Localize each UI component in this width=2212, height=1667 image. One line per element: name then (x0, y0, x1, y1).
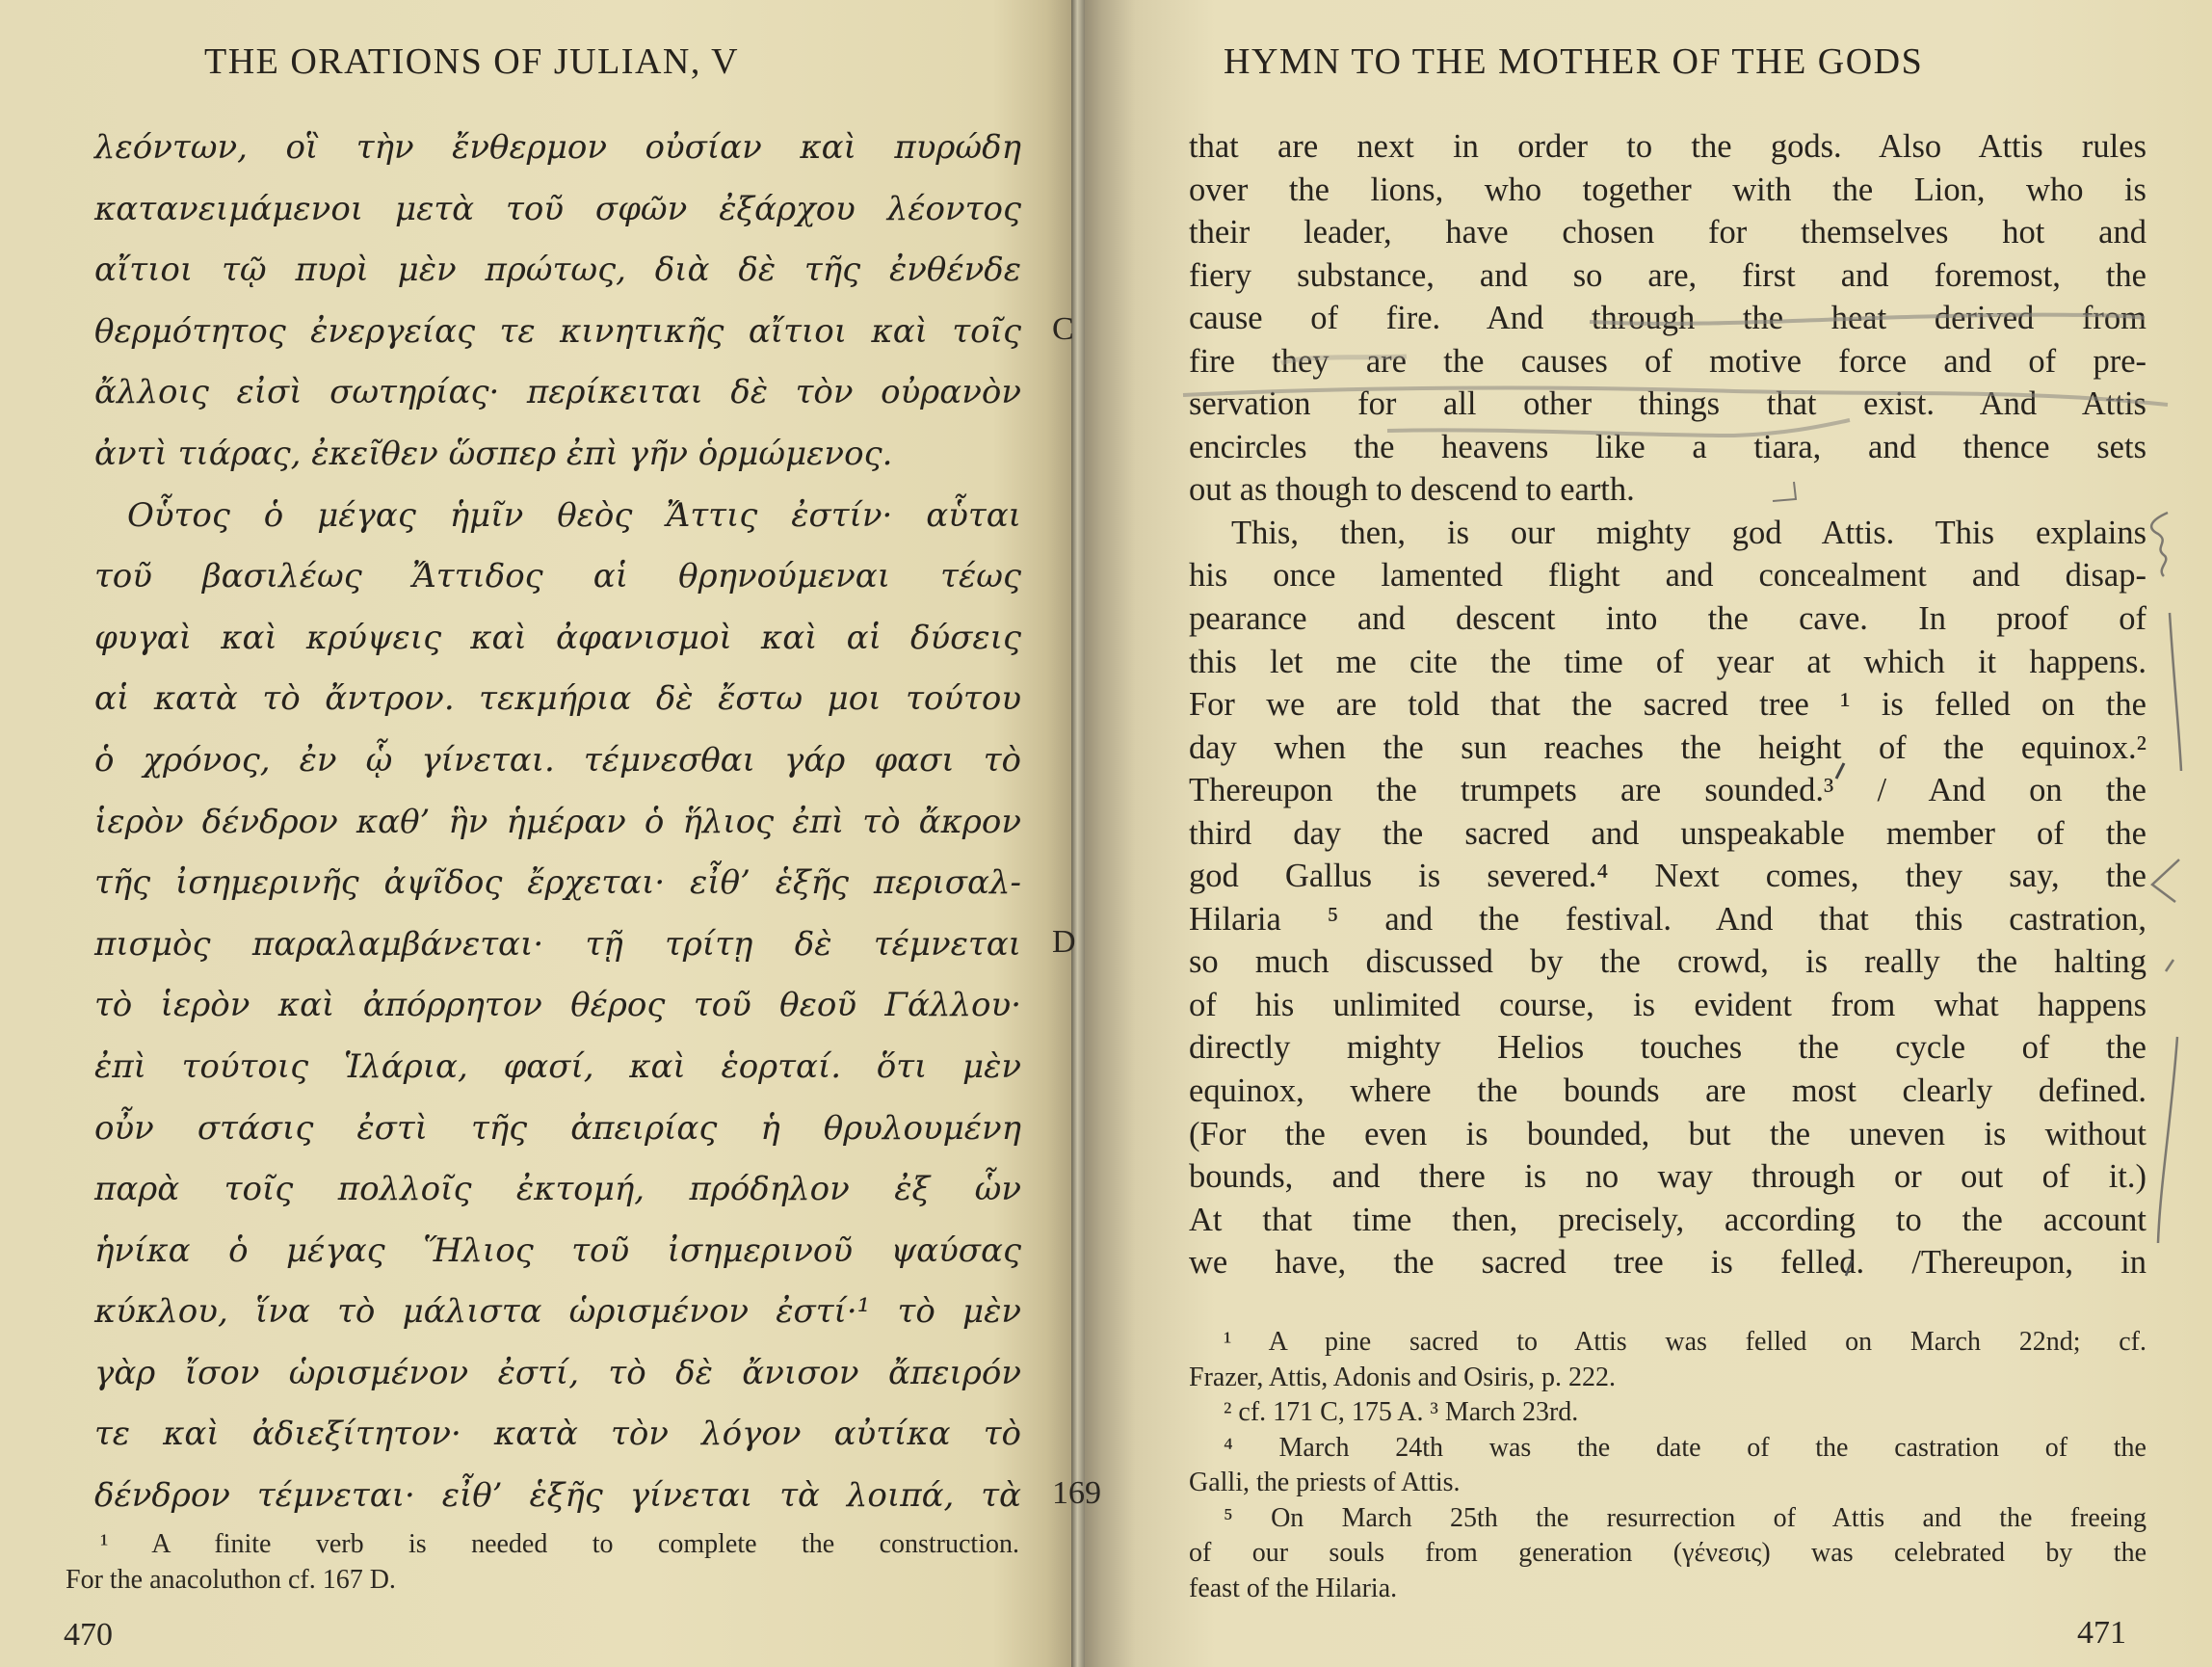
text-line: Hilaria ⁵ and the festival. And that thi… (1189, 898, 2146, 941)
text-line: over the lions, who together with the Li… (1189, 169, 2146, 212)
text-line: out as though to descend to earth. (1189, 468, 2146, 512)
text-line: τε καὶ ἀδιεξίτητον· κατὰ τὸν λόγον αὐτίκ… (94, 1404, 1021, 1466)
text-line: αἱ κατὰ τὸ ἄντρον. τεκμήρια δὲ ἔστω μοι … (94, 669, 1021, 730)
greek-text-body: λεόντων, οἳ τὴν ἔνθερμον οὐσίαν καὶ πυρώ… (94, 118, 1021, 1527)
book-spine-gutter (1071, 0, 1085, 1667)
text-line: παρὰ τοῖς πολλοῖς ἐκτομή, πρόδηλον ἐξ ὧν (94, 1159, 1021, 1221)
text-line: οὖν στάσις ἐστὶ τῆς ἀπειρίας ἡ θρυλουμέν… (94, 1098, 1021, 1160)
text-line: ¹ A finite verb is needed to complete th… (66, 1527, 1019, 1563)
right-page-number: 471 (2077, 1615, 2126, 1652)
text-line: pearance and descent into the cave. In p… (1189, 597, 2146, 641)
text-line: that are next in order to the gods. Also… (1189, 125, 2146, 169)
text-line: their leader, have chosen for themselves… (1189, 211, 2146, 254)
text-line: feast of the Hilaria. (1189, 1572, 2146, 1607)
text-line: so much discussed by the crowd, is reall… (1189, 940, 2146, 984)
text-line: ⁵ On March 25th the resurrection of Atti… (1189, 1501, 2146, 1537)
text-line: third day the sacred and unspeakable mem… (1189, 812, 2146, 856)
text-line: λεόντων, οἳ τὴν ἔνθερμον οὐσίαν καὶ πυρώ… (94, 118, 1021, 179)
text-line: ὁ χρόνος, ἐν ᾧ γίνεται. τέμνεσθαι γάρ φα… (94, 730, 1021, 792)
text-line: directly mighty Helios touches the cycle… (1189, 1026, 2146, 1070)
text-line: of our souls from generation (γένεσις) w… (1189, 1536, 2146, 1572)
text-line: This, then, is our mighty god Attis. Thi… (1189, 512, 2146, 555)
english-translation-body: that are next in order to the gods. Also… (1189, 125, 2146, 1284)
section-marker: D (1052, 924, 1076, 961)
text-line: (For the even is bounded, but the uneven… (1189, 1113, 2146, 1156)
text-line: ἱερὸν δένδρον καθ’ ἣν ἡμέραν ὁ ἥλιος ἐπὶ… (94, 792, 1021, 854)
text-line: κύκλου, ἵνα τὸ μάλιστα ὡρισμένον ἐστί·¹ … (94, 1282, 1021, 1343)
text-line: Οὗτος ὁ μέγας ἡμῖν θεὸς Ἄττις ἐστίν· αὗτ… (94, 486, 1021, 547)
text-line: φυγαὶ καὶ κρύψεις καὶ ἀφανισμοὶ καὶ αἱ δ… (94, 608, 1021, 670)
text-line: this let me cite the time of year at whi… (1189, 641, 2146, 684)
right-footnotes: ¹ A pine sacred to Attis was felled on M… (1189, 1325, 2146, 1606)
text-line: τῆς ἰσημερινῆς ἀψῖδος ἔρχεται· εἶθ’ ἑξῆς… (94, 853, 1021, 914)
text-line: Galli, the priests of Attis. (1189, 1466, 2146, 1501)
text-line: ⁴ March 24th was the date of the castrat… (1189, 1431, 2146, 1467)
text-line: καταν​ειμάμενοι μετὰ τοῦ σφῶν ἐξάρχου λέ… (94, 179, 1021, 241)
text-line: Thereupon the trumpets are sounded.³ / A… (1189, 769, 2146, 812)
left-page-number: 470 (64, 1617, 113, 1654)
text-line: we have, the sacred tree is felled. /The… (1189, 1241, 2146, 1284)
left-running-head: THE ORATIONS OF JULIAN, V (204, 40, 739, 83)
text-line: equinox, where the bounds are most clear… (1189, 1070, 2146, 1113)
text-line: god Gallus is severed.⁴ Next comes, they… (1189, 855, 2146, 898)
right-running-head: HYMN TO THE MOTHER OF THE GODS (1224, 40, 1923, 83)
text-line: γὰρ ἴσον ὡρισμένον ἐστί, τὸ δὲ ἄνισον ἄπ… (94, 1343, 1021, 1405)
text-line: πισμὸς παραλαμβάνεται· τῇ τρίτῃ δὲ τέμνε… (94, 914, 1021, 976)
text-line: ἡνίκα ὁ μέγας Ἥλιος τοῦ ἰσημερινοῦ ψαύσα… (94, 1221, 1021, 1283)
text-line: ἐπὶ τούτοις Ἱλάρια, φασί, καὶ ἑορταί. ὅτ… (94, 1037, 1021, 1098)
text-line: τὸ ἱερὸν καὶ ἀπόρρητον θέρος τοῦ θεοῦ Γά… (94, 975, 1021, 1037)
text-line: Frazer, Attis, Adonis and Osiris, p. 222… (1189, 1361, 2146, 1396)
text-line: bounds, and there is no way through or o… (1189, 1155, 2146, 1199)
text-line: For the anacoluthon cf. 167 D. (66, 1563, 1019, 1599)
text-line: At that time then, precisely, according … (1189, 1199, 2146, 1242)
text-line: encircles the heavens like a tiara, and … (1189, 426, 2146, 469)
text-line: θερμότητος ἐνεργείας τε κινητικῆς αἴτιοι… (94, 302, 1021, 363)
text-line: αἴτιοι τῷ πυρὶ μὲν πρώτως, διὰ δὲ τῆς ἐν… (94, 240, 1021, 302)
text-line: δένδρον τέμνεται· εἶθ’ ἑξῆς γίνεται τὰ λ… (94, 1466, 1021, 1527)
text-line: ἄλλοις εἰσὶ σωτηρίας· περίκειται δὲ τὸν … (94, 362, 1021, 424)
text-line: ² cf. 171 C, 175 A. ³ March 23rd. (1189, 1395, 2146, 1431)
text-line: For we are told that the sacred tree ¹ i… (1189, 683, 2146, 727)
text-line: fire they are the causes of motive force… (1189, 340, 2146, 384)
text-line: ἀντὶ τιάρας, ἐκεῖθεν ὥσπερ ἐπὶ γῆν ὁρμώμ… (94, 424, 1021, 486)
text-line: fiery substance, and so are, first and f… (1189, 254, 2146, 298)
text-line: his once lamented flight and concealment… (1189, 554, 2146, 597)
text-line: τοῦ βασιλέως Ἄττιδος αἱ θρηνούμεναι τέως (94, 546, 1021, 608)
section-marker: 169 (1052, 1475, 1101, 1512)
section-marker: C (1052, 311, 1074, 348)
text-line: ¹ A pine sacred to Attis was felled on M… (1189, 1325, 2146, 1361)
text-line: day when the sun reaches the height of t… (1189, 727, 2146, 770)
text-line: servation for all other things that exis… (1189, 383, 2146, 426)
left-footnotes: ¹ A finite verb is needed to complete th… (66, 1527, 1019, 1598)
text-line: cause of fire. And through the heat deri… (1189, 297, 2146, 340)
text-line: of his unlimited course, is evident from… (1189, 984, 2146, 1027)
